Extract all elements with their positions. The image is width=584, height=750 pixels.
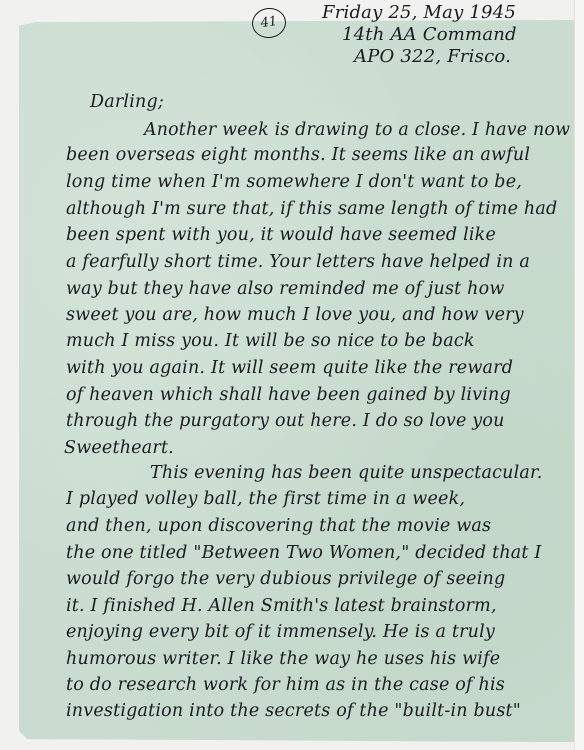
letter-line: sweet you are, how much I love you, and … [66,305,524,325]
letter-line: Sweetheart. [64,438,174,458]
letter-line: been overseas eight months. It seems lik… [66,145,530,165]
letter-line: would forgo the very dubious privilege o… [66,569,505,589]
letter-line: it. I finished H. Allen Smith's latest b… [66,596,497,616]
letter-line: and then, upon discovering that the movi… [66,516,491,536]
letter-line: long time when I'm somewhere I don't wan… [66,172,522,192]
letter-line: much I miss you. It will be so nice to b… [66,331,475,351]
letter-line: way but they have also reminded me of ju… [66,279,505,299]
letter-line: been spent with you, it would have seeme… [66,225,496,245]
letter-line: humorous writer. I like the way he uses … [66,649,500,669]
letter-line: to do research work for him as in the ca… [66,675,505,695]
letter-line: although I'm sure that, if this same len… [66,199,557,219]
letter-line: with you again. It will seem quite like … [66,358,513,378]
letter-line: investigation into the secrets of the "b… [66,701,521,721]
header-unit: 14th AA Command [342,24,517,45]
letter-line: This evening has been quite unspectacula… [150,463,542,483]
header-address: APO 322, Frisco. [354,46,511,67]
letter-line: of heaven which shall have been gained b… [66,385,511,405]
letter-line: enjoying every bit of it immensely. He i… [66,622,495,642]
salutation: Darling; [90,92,164,112]
letter-line: a fearfully short time. Your letters hav… [66,252,530,272]
letter-line: the one titled "Between Two Women," deci… [66,543,542,563]
letter-line: Another week is drawing to a close. I ha… [144,120,570,140]
letter-line: I played volley ball, the first time in … [66,489,465,509]
letter-line: through the purgatory out here. I do so … [66,411,505,431]
header-date: Friday 25, May 1945 [322,2,516,23]
scan-edge [574,0,584,750]
